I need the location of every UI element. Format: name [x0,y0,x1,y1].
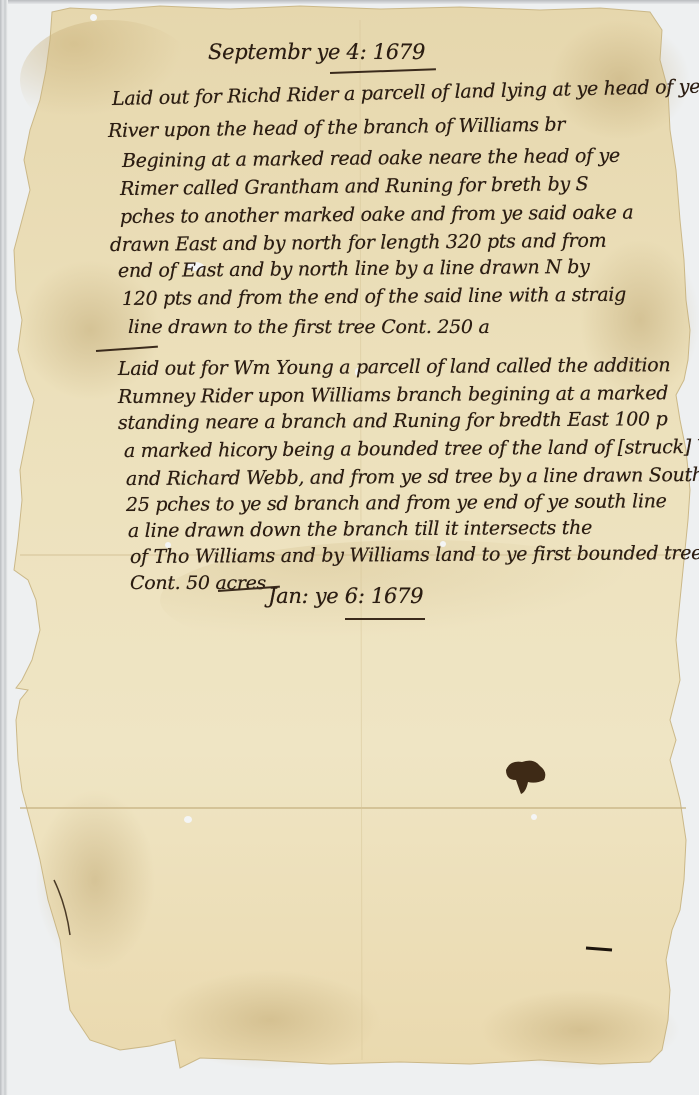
entry-2-line-6: 25 pches to ye sd branch and from ye end… [126,490,667,516]
handwriting-layer: Septembr ye 4: 1679 Laid out for Richd R… [0,0,699,1095]
entry-1-line-8: 120 pts and from the end of the said lin… [122,284,626,310]
entry-1-line-6: drawn East and by north for length 320 p… [110,230,606,256]
entry-1-date: Septembr ye 4: 1679 [208,40,425,64]
entry-1-line-7: end of East and by north line by a line … [118,256,590,282]
entry-2-line-5: and Richard Webb, and from ye sd tree by… [126,464,699,490]
entry-1-line-3: Begining at a marked read oake neare the… [122,145,620,172]
entry-2-line-2: Rumney Rider upon Williams branch begini… [118,382,668,408]
entry-1-line-9: line drawn to the first tree Cont. 250 a [128,316,489,338]
entry-1-line-2: River upon the head of the branch of Wil… [108,114,565,142]
entry-1-line-5: pches to another marked oake and from ye… [120,202,634,228]
entry-2-line-3: standing neare a branch and Runing for b… [118,408,668,434]
entry-2-line-4: a marked hicory being a bounded tree of … [124,436,699,462]
entry-1-line-1: Laid out for Richd Rider a parcell of la… [112,76,699,110]
entry-2-line-9: Cont. 50 acres [130,572,266,594]
date-underline-2 [345,618,425,620]
entry-1-line-4: Rimer called Grantham and Runing for bre… [120,173,589,200]
date-underline [330,68,436,73]
entry-2-line-7: a line drawn down the branch till it int… [128,517,592,542]
entry-2-line-8: of Tho Williams and by Williams land to … [130,542,699,568]
entry-2-line-1: Laid out for Wm Young a parcell of land … [118,354,670,380]
entry-2-date: Jan: ye 6: 1679 [268,584,423,608]
entry-separator [96,346,158,352]
